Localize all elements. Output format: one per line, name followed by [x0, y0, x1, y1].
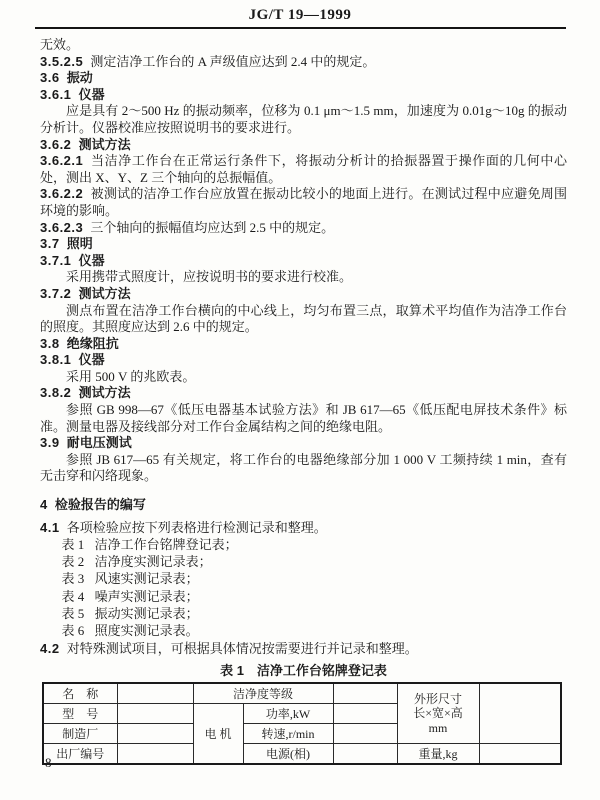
- paragraph: 4.2对特殊测试项目，可根据具体情况按需要进行并记录和整理。: [40, 641, 567, 658]
- clause-text: 风速实测记录表；: [95, 571, 199, 586]
- cell-powersupply-value: [333, 744, 397, 765]
- clause-text: 仪器: [79, 253, 105, 268]
- paragraph: 测点布置在洁净工作台横向的中心线上，均匀布置三点，取算术平均值作为洁净工作台的照…: [40, 303, 567, 336]
- clause-number: 表 3: [61, 571, 84, 586]
- clause-text: 振动: [67, 70, 93, 85]
- cell-model-label: 型 号: [43, 704, 117, 724]
- dimensions-line1: 外形尺寸: [401, 692, 476, 707]
- table-row: 名 称 洁净度等级 外形尺寸 长×宽×高 mm: [43, 683, 561, 704]
- dimensions-line2: 长×宽×高: [401, 706, 476, 721]
- paragraph: 表 6照度实测记录表。: [40, 623, 567, 640]
- clause-number: 4.2: [40, 641, 60, 656]
- paragraph: 应是具有 2～500 Hz 的振动频率，位移为 0.1 μm～1.5 mm，加速…: [40, 103, 567, 136]
- cell-manufacturer-label: 制造厂: [43, 724, 117, 744]
- clause-text: 仪器: [79, 352, 105, 367]
- paragraph: 3.6.2.3三个轴向的振幅值均应达到 2.5 中的规定。: [40, 220, 567, 237]
- clause-text: 对特殊测试项目，可根据具体情况按需要进行并记录和整理。: [67, 641, 418, 656]
- document-page: JG/T 19—1999 无效。3.5.2.5测定洁净工作台的 A 声级值应达到…: [0, 0, 600, 800]
- clause-text: 当洁净工作台在正常运行条件下，将振动分析计的拾振器置于操作面的几何中心处，测出 …: [40, 153, 567, 185]
- cell-name-value: [117, 683, 193, 704]
- clause-text: 洁净工作台铭牌登记表；: [95, 537, 238, 552]
- clause-number: 4: [40, 497, 48, 512]
- paragraph: 表 5振动实测记录表；: [40, 606, 567, 623]
- clause-text: 测试方法: [79, 385, 131, 400]
- clause-number: 3.5.2.5: [40, 54, 83, 69]
- clause-text: 被测试的洁净工作台应放置在振动比较小的地面上进行。在测试过程中应避免周围环境的影…: [40, 186, 567, 218]
- paragraph: 表 4噪声实测记录表；: [40, 589, 567, 606]
- paragraph: 3.6.2.1当洁净工作台在正常运行条件下，将振动分析计的拾振器置于操作面的几何…: [40, 153, 567, 186]
- clause-text: 各项检验应按下列表格进行检测记录和整理。: [67, 520, 327, 535]
- clause-heading: 4检验报告的编写: [40, 497, 567, 514]
- clause-number: 3.8: [40, 336, 60, 351]
- clause-number: 表 4: [61, 589, 84, 604]
- paragraph: 参照 JB 617—65 有关规定，将工作台的电器绝缘部分加 1 000 V 工…: [40, 452, 567, 485]
- cell-manufacturer-value: [117, 724, 193, 744]
- paragraph: 表 3风速实测记录表；: [40, 571, 567, 588]
- clause-number: 3.7.1: [40, 253, 71, 268]
- clause-text: 测试方法: [79, 286, 131, 301]
- cell-cleanliness-label: 洁净度等级: [193, 683, 333, 704]
- cell-serial-value: [117, 744, 193, 765]
- clause-heading: 3.7.1仪器: [40, 253, 567, 270]
- cell-serial-label: 出厂编号: [43, 744, 117, 765]
- clause-text: 噪声实测记录表；: [95, 589, 199, 604]
- clause-number: 4.1: [40, 520, 60, 535]
- cell-model-value: [117, 704, 193, 724]
- paragraph: 采用 500 V 的兆欧表。: [40, 369, 567, 386]
- paragraph: 4.1各项检验应按下列表格进行检测记录和整理。: [40, 520, 567, 537]
- clause-number: 3.6.2.3: [40, 220, 83, 235]
- clause-number: 3.6.2.2: [40, 186, 83, 201]
- clause-text: 耐电压测试: [67, 435, 132, 450]
- clause-text: 测试方法: [79, 137, 131, 152]
- cell-cleanliness-value: [333, 683, 397, 704]
- table-caption: 表 1 洁净工作台铭牌登记表: [40, 660, 567, 679]
- clause-number: 3.6.2.1: [40, 153, 83, 168]
- cell-speed-value: [333, 724, 397, 744]
- cell-weight-value: [479, 744, 561, 765]
- cell-powersupply-label: 电源(相): [243, 744, 333, 765]
- clause-number: 3.7: [40, 236, 60, 251]
- cell-power-value: [333, 704, 397, 724]
- cell-power-label: 功率,kW: [243, 704, 333, 724]
- clause-number: 3.9: [40, 435, 60, 450]
- clause-text: 照明: [67, 236, 93, 251]
- clause-heading: 3.7.2测试方法: [40, 286, 567, 303]
- clause-text: 洁净度实测记录表；: [95, 554, 212, 569]
- clause-text: 仪器: [79, 87, 105, 102]
- cell-speed-label: 转速,r/min: [243, 724, 333, 744]
- clause-text: 测定洁净工作台的 A 声级值应达到 2.4 中的规定。: [90, 54, 375, 69]
- clause-number: 3.6.2: [40, 137, 71, 152]
- paragraph: 表 2洁净度实测记录表；: [40, 554, 567, 571]
- clause-heading: 3.7照明: [40, 236, 567, 253]
- clause-number: 3.6: [40, 70, 60, 85]
- paragraph: 参照 GB 998—67《低压电器基本试验方法》和 JB 617—65《低压配电…: [40, 402, 567, 435]
- nameplate-table: 名 称 洁净度等级 外形尺寸 长×宽×高 mm 型 号 电 机 功率,kW 制: [42, 682, 562, 765]
- cell-weight-label: 重量,kg: [397, 744, 479, 765]
- cell-dimensions-label: 外形尺寸 长×宽×高 mm: [397, 683, 479, 744]
- clause-heading: 3.8绝缘阻抗: [40, 336, 567, 353]
- header-rule: [35, 27, 566, 29]
- clause-number: 表 2: [61, 554, 84, 569]
- clause-text: 三个轴向的振幅值均应达到 2.5 中的规定。: [90, 220, 334, 235]
- cell-name-label: 名 称: [43, 683, 117, 704]
- document-code-header: JG/T 19—1999: [0, 7, 600, 24]
- clause-number: 3.7.2: [40, 286, 71, 301]
- clause-number: 表 1: [61, 537, 84, 552]
- clause-number: 3.8.1: [40, 352, 71, 367]
- paragraph: 采用携带式照度计，应按说明书的要求进行校准。: [40, 269, 567, 286]
- document-body: 无效。3.5.2.5测定洁净工作台的 A 声级值应达到 2.4 中的规定。3.6…: [40, 37, 567, 765]
- paragraph: 表 1洁净工作台铭牌登记表；: [40, 537, 567, 554]
- paragraph: 3.5.2.5测定洁净工作台的 A 声级值应达到 2.4 中的规定。: [40, 54, 567, 71]
- clause-number: 表 6: [61, 623, 84, 638]
- clause-number: 3.6.1: [40, 87, 71, 102]
- clause-heading: 3.8.1仪器: [40, 352, 567, 369]
- clause-text: 振动实测记录表；: [95, 606, 199, 621]
- cell-motor-label: 电 机: [193, 704, 243, 765]
- paragraph: 3.6.2.2被测试的洁净工作台应放置在振动比较小的地面上进行。在测试过程中应避…: [40, 186, 567, 219]
- clause-heading: 3.6.1仪器: [40, 87, 567, 104]
- page-number: 8: [45, 755, 52, 771]
- clause-heading: 3.9耐电压测试: [40, 435, 567, 452]
- dimensions-line3: mm: [401, 721, 476, 736]
- clause-heading: 3.6振动: [40, 70, 567, 87]
- cell-dimensions-value: [479, 683, 561, 744]
- paragraph: 无效。: [40, 37, 567, 54]
- clause-heading: 3.8.2测试方法: [40, 385, 567, 402]
- clause-text: 照度实测记录表。: [95, 623, 199, 638]
- clause-heading: 3.6.2测试方法: [40, 137, 567, 154]
- clause-number: 表 5: [61, 606, 84, 621]
- clause-number: 3.8.2: [40, 385, 71, 400]
- table-row: 出厂编号 电源(相) 重量,kg: [43, 744, 561, 765]
- clause-text: 检验报告的编写: [55, 497, 146, 512]
- clause-text: 绝缘阻抗: [67, 336, 119, 351]
